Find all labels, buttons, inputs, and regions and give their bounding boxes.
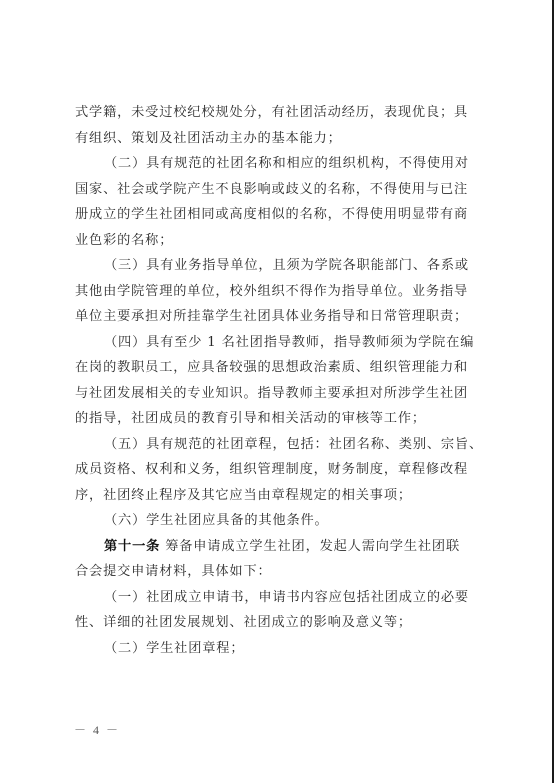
text-line: 在岗的教职员工，应具备较强的思想政治素质、组织管理能力和 [75, 355, 485, 381]
text-line: 性、详细的社团发展规划、社团成立的影响及意义等； [75, 610, 485, 636]
clause-6: （六）学生社团应具备的其他条件。 [75, 508, 485, 534]
text-line: 有组织、策划及社团活动主办的基本能力； [75, 126, 485, 152]
document-body: 式学籍，未受过校纪校规处分，有社团活动经历，表现优良；具 有组织、策划及社团活动… [75, 100, 485, 661]
clause-4: （四）具有至少 1 名社团指导教师，指导教师须为学院在编 [75, 330, 485, 356]
text-line: 单位主要承担对所挂靠学生社团具体业务指导和日常管理职责； [75, 304, 485, 330]
text-line: 成员资格、权利和义务，组织管理制度，财务制度，章程修改程 [75, 457, 485, 483]
article-11-heading-line: 第十一条 筹备申请成立学生社团，发起人需向学生社团联 [75, 534, 485, 560]
text-line: 与社团发展相关的专业知识。指导教师主要承担对所涉学生社团 [75, 381, 485, 407]
page-number: － 4 － [74, 721, 120, 738]
article-label: 第十一条 [104, 539, 160, 554]
clause-3: （三）具有业务指导单位，且须为学院各职能部门、各系或 [75, 253, 485, 279]
text-line: 序，社团终止程序及其它应当由章程规定的相关事项； [75, 483, 485, 509]
text-line: 式学籍，未受过校纪校规处分，有社团活动经历，表现优良；具 [75, 100, 485, 126]
document-page: 式学籍，未受过校纪校规处分，有社团活动经历，表现优良；具 有组织、策划及社团活动… [0, 0, 554, 783]
text-line: 其他由学院管理的单位，校外组织不得作为指导单位。业务指导 [75, 279, 485, 305]
clause-5: （五）具有规范的社团章程，包括：社团名称、类别、宗旨、 [75, 432, 485, 458]
text-line: 的指导，社团成员的教育引导和相关活动的审核等工作； [75, 406, 485, 432]
clause-2: （二）具有规范的社团名称和相应的组织机构，不得使用对 [75, 151, 485, 177]
text-line: 册成立的学生社团相同或高度相似的名称，不得使用明显带有商 [75, 202, 485, 228]
item-2: （二）学生社团章程； [75, 636, 485, 662]
item-1: （一）社团成立申请书，申请书内容应包括社团成立的必要 [75, 585, 485, 611]
article-text: 筹备申请成立学生社团，发起人需向学生社团联 [160, 539, 460, 554]
text-line: 业色彩的名称； [75, 228, 485, 254]
text-line: 国家、社会或学院产生不良影响或歧义的名称，不得使用与已注 [75, 177, 485, 203]
text-line: 合会提交申请材料，具体如下： [75, 559, 485, 585]
